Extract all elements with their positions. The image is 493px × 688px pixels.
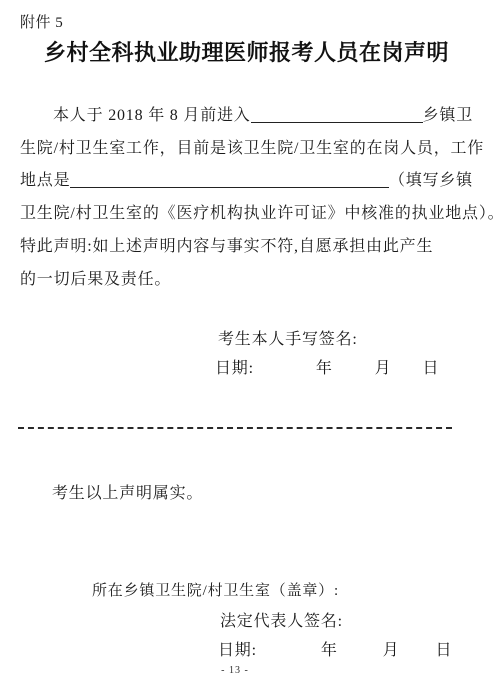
declaration-line-2-text: 生院/村卫生室工作，目前是该卫生院/卫生室的在岗人员，工作 bbox=[20, 135, 484, 158]
candidate-signature-label: 考生本人手写签名: bbox=[218, 326, 358, 349]
date-day-label: 日 bbox=[435, 637, 452, 660]
declaration-paragraph: 本人于 2018 年 8 月前进入 乡镇卫 生院/村卫生室工作，目前是该卫生院/… bbox=[20, 97, 473, 294]
organization-stamp-label: 所在乡镇卫生院/村卫生室（盖章）: bbox=[92, 579, 339, 600]
declaration-line-1: 本人于 2018 年 8 月前进入 乡镇卫 bbox=[20, 97, 473, 130]
date-day-label: 日 bbox=[422, 355, 439, 378]
date-year-label: 年 bbox=[316, 355, 333, 378]
declaration-line-6-text: 的一切后果及责任。 bbox=[20, 266, 171, 289]
legal-representative-signature-label: 法定代表人签名: bbox=[220, 608, 343, 631]
candidate-date-row: 日期: 年 月 日 bbox=[215, 355, 439, 378]
blank-underline-institution bbox=[251, 122, 423, 123]
verification-statement: 考生以上声明属实。 bbox=[52, 480, 203, 503]
date-label: 日期: bbox=[215, 355, 254, 378]
document-page: 附件 5 乡村全科执业助理医师报考人员在岗声明 本人于 2018 年 8 月前进… bbox=[0, 0, 493, 688]
page-title: 乡村全科执业助理医师报考人员在岗声明 bbox=[0, 36, 493, 67]
declaration-line-4: 卫生院/村卫生室的《医疗机构执业许可证》中核准的执业地点）。 bbox=[20, 195, 473, 228]
page-number: - 13 - bbox=[0, 665, 470, 676]
separator-dashed-line bbox=[18, 427, 452, 429]
attachment-label: 附件 5 bbox=[20, 11, 63, 32]
declaration-line-2: 生院/村卫生室工作，目前是该卫生院/卫生室的在岗人员，工作 bbox=[20, 130, 473, 163]
declaration-line-3-post: （填写乡镇 bbox=[389, 167, 473, 190]
declaration-line-6: 的一切后果及责任。 bbox=[20, 261, 473, 294]
declaration-line-1-post: 乡镇卫 bbox=[423, 102, 473, 125]
declaration-line-4-text: 卫生院/村卫生室的《医疗机构执业许可证》中核准的执业地点）。 bbox=[20, 200, 493, 223]
declaration-line-1-pre: 本人于 2018 年 8 月前进入 bbox=[53, 102, 251, 125]
declaration-line-3: 地点是 （填写乡镇 bbox=[20, 163, 473, 196]
date-year-label: 年 bbox=[321, 637, 338, 660]
date-month-label: 月 bbox=[375, 355, 392, 378]
date-label: 日期: bbox=[218, 637, 257, 660]
blank-underline-work-location bbox=[70, 187, 389, 188]
organization-date-row: 日期: 年 月 日 bbox=[218, 637, 452, 660]
date-month-label: 月 bbox=[383, 637, 400, 660]
declaration-line-5-text: 特此声明:如上述声明内容与事实不符,自愿承担由此产生 bbox=[20, 233, 433, 256]
declaration-line-3-pre: 地点是 bbox=[20, 167, 70, 190]
declaration-line-5: 特此声明:如上述声明内容与事实不符,自愿承担由此产生 bbox=[20, 228, 473, 261]
